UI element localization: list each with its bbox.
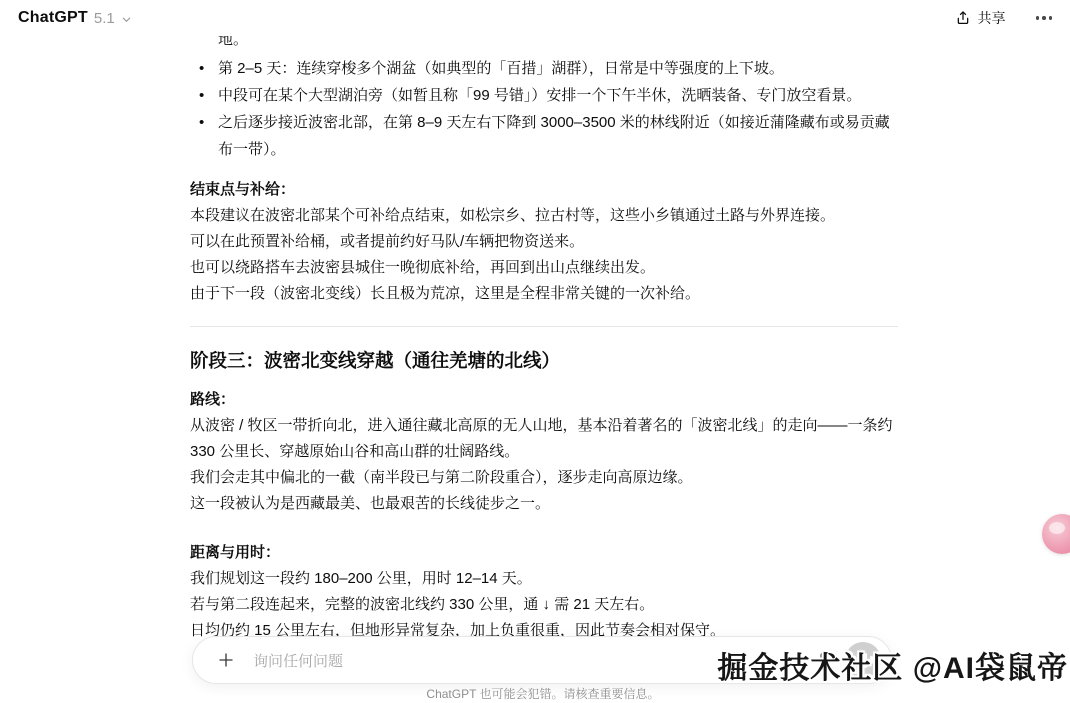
list-item: 之后逐步接近波密北部，在第 8–9 天左右下降到 3000–3500 米的林线附… — [190, 109, 898, 163]
top-bar: ChatGPT 5.1 共享 — [0, 0, 1070, 36]
more-options-button[interactable] — [1036, 16, 1053, 20]
share-label: 共享 — [978, 8, 1006, 28]
dictate-button[interactable] — [807, 644, 839, 676]
text-line: 由于下一段（波密北变线）长且极为荒凉，这里是全程非常关键的一次补给。 — [190, 281, 898, 307]
text-line: 也可以绕路搭车去波密县城住一晚彻底补给，再回到出山点继续出发。 — [190, 255, 898, 281]
text-line: 从波密 / 牧区一带折向北，进入通往藏北高原的无人山地，基本沿着著名的「波密北线… — [190, 413, 898, 465]
voice-waveform-icon — [853, 656, 856, 664]
app-title: ChatGPT — [18, 9, 88, 27]
floating-sticker-badge[interactable] — [1042, 514, 1070, 554]
share-button[interactable]: 共享 — [955, 8, 1006, 28]
text-line: 本段建议在波密北部某个可补给点结束，如松宗乡、拉古村等，这些小乡镇通过土路与外界… — [190, 203, 898, 229]
section-divider — [190, 326, 898, 327]
model-version: 5.1 — [94, 10, 115, 27]
text-line: 我们会走其中偏北的一截（南半段已与第二阶段重合），逐步走向高原边缘。 — [190, 465, 898, 491]
chat-input-bar[interactable]: 询问任何问题 — [192, 636, 892, 684]
share-icon — [955, 10, 971, 26]
distance-heading: 距离与用时： — [190, 539, 898, 566]
list-item: 中段可在某个大型湖泊旁（如暂且称「99 号错」）安排一个下午半休，洗晒装备、专门… — [190, 82, 898, 109]
text-line: 我们规划这一段约 180–200 公里，用时 12–14 天。 — [190, 566, 898, 592]
route-heading: 路线： — [190, 386, 898, 413]
plus-icon — [217, 651, 235, 669]
assistant-message: 地。 第 2–5 天：连续穿梭多个湖盆（如典型的「百措」湖群），日常是中等强度的… — [190, 26, 898, 644]
text-line: 可以在此预置补给桶，或者提前约好马队/车辆把物资送来。 — [190, 229, 898, 255]
stage-heading: 阶段三：波密北变线穿越（通往羌塘的北线） — [190, 348, 898, 373]
voice-mode-button[interactable] — [845, 642, 881, 678]
disclaimer-text: ChatGPT 也可能会犯错。请核查重要信息。 — [190, 685, 896, 702]
text-line: 这一段被认为是西藏最美、也最艰苦的长线徒步之一。 — [190, 491, 898, 517]
route-paragraph: 从波密 / 牧区一带折向北，进入通往藏北高原的无人山地，基本沿着著名的「波密北线… — [190, 413, 898, 517]
supply-heading: 结束点与补给： — [190, 176, 898, 203]
chat-input-placeholder[interactable]: 询问任何问题 — [253, 650, 807, 671]
list-item: 第 2–5 天：连续穿梭多个湖盆（如典型的「百措」湖群），日常是中等强度的上下坡… — [190, 55, 898, 82]
text-line: 若与第二段连起来，完整的波密北线约 330 公里，通 ↓ 需 21 天左右。 — [190, 592, 898, 618]
distance-paragraph: 我们规划这一段约 180–200 公里，用时 12–14 天。 若与第二段连起来… — [190, 566, 898, 644]
attach-button[interactable] — [213, 647, 239, 673]
bullet-list: 第 2–5 天：连续穿梭多个湖盆（如典型的「百措」湖群），日常是中等强度的上下坡… — [190, 55, 898, 163]
model-switcher[interactable]: ChatGPT 5.1 — [18, 9, 132, 27]
more-ellipsis-icon — [1036, 16, 1040, 20]
microphone-icon — [814, 651, 833, 670]
chevron-down-icon — [121, 14, 132, 25]
supply-paragraph: 本段建议在波密北部某个可补给点结束，如松宗乡、拉古村等，这些小乡镇通过土路与外界… — [190, 203, 898, 307]
